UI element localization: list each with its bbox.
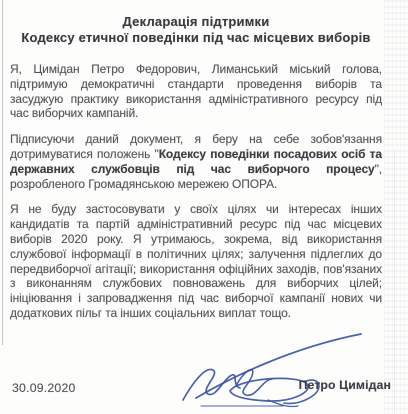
signatory-name: Петро Цимідан <box>299 378 391 392</box>
title-line-2: Кодексу етичної поведінки під час місцев… <box>10 30 382 46</box>
paragraph-pledge: Я не буду застосовувати у своїх цілях чи… <box>10 202 382 320</box>
scan-artifact-left-line <box>2 0 3 345</box>
document-body: Декларація підтримки Кодексу етичної пов… <box>10 10 382 325</box>
paragraph-commitment: Підписуючи даний документ, я беру на себ… <box>10 132 382 191</box>
document-title: Декларація підтримки Кодексу етичної пов… <box>10 14 382 46</box>
scan-artifact-right-line <box>394 150 395 414</box>
document-date: 30.09.2020 <box>12 381 76 395</box>
title-line-1: Декларація підтримки <box>10 14 382 30</box>
scan-artifact-right-noise <box>384 0 408 414</box>
handwritten-signature-icon <box>180 326 366 412</box>
scanned-document-page: Декларація підтримки Кодексу етичної пов… <box>0 0 408 414</box>
paragraph-intro: Я, Цимідан Петро Федорович, Лиманський м… <box>10 62 382 121</box>
